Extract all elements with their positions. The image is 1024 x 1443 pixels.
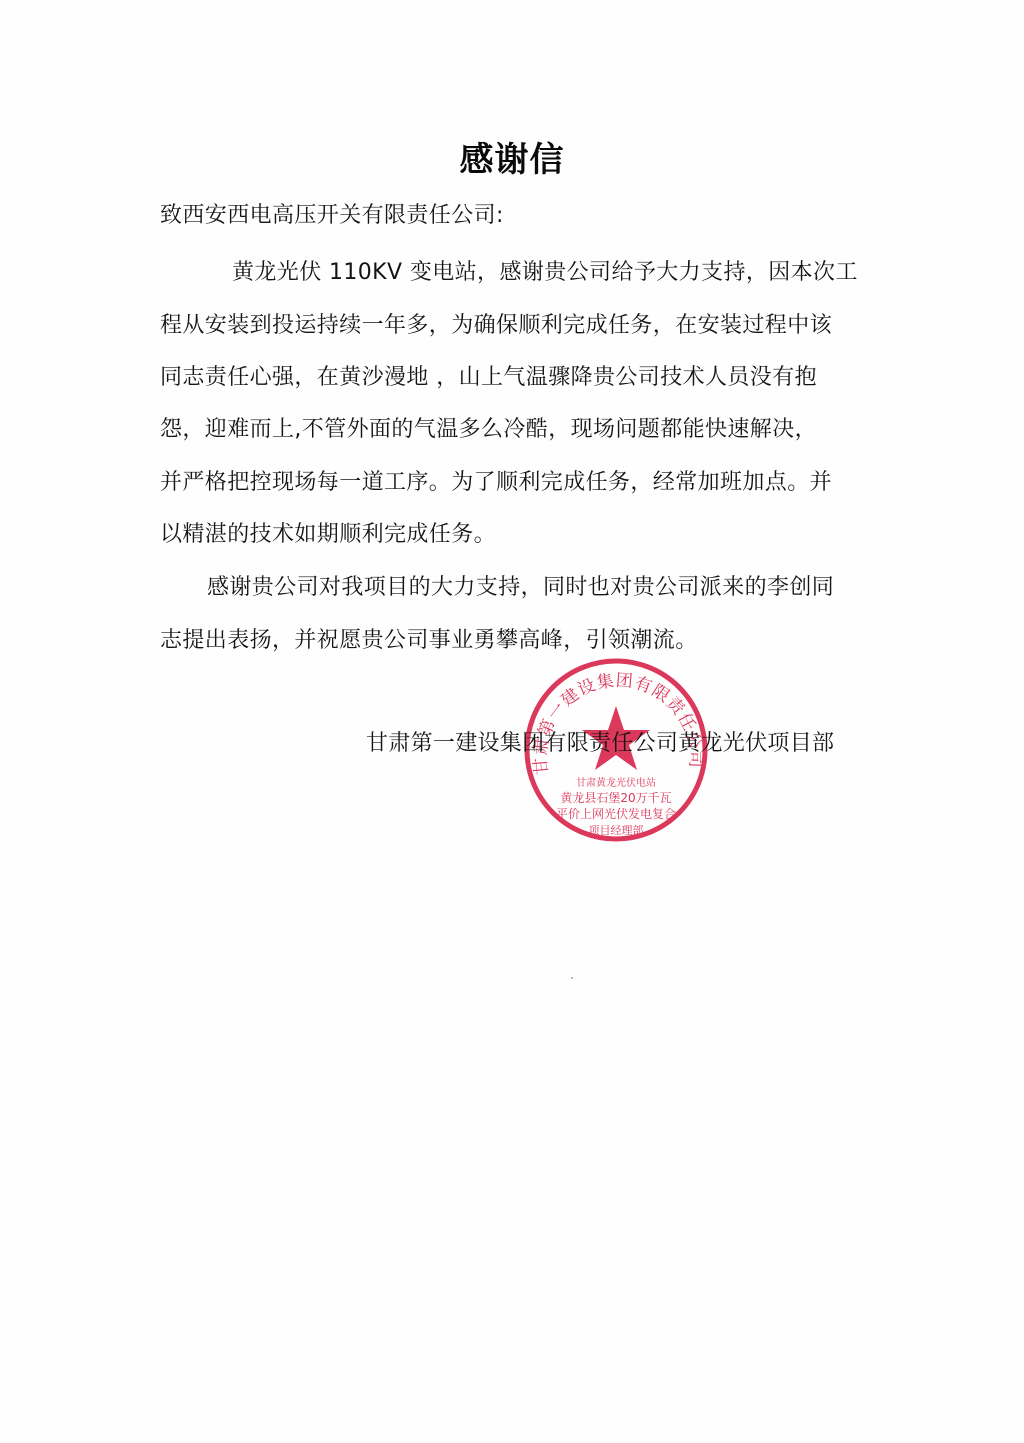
seal-inner-line: 甘肃黄龙光伏电站 — [576, 776, 656, 789]
seal-inner-line: 项目经理部 — [589, 824, 644, 837]
paragraph2-line: 感谢贵公司对我项目的大力支持，同时也对贵公司派来的李创同 — [207, 570, 927, 601]
paragraph1-line: 黄龙光伏 110KV 变电站，感谢贵公司给予大力支持，因本次工 — [232, 255, 952, 286]
scan-speck — [571, 977, 573, 979]
paragraph1-line: 怨，迎难而上,不管外面的气温多么冷酷，现场问题都能快速解决， — [160, 412, 880, 443]
seal-inner-line: 黄龙县石堡20万千瓦 — [560, 790, 671, 805]
paragraph1-line: 并严格把控现场每一道工序。为了顺利完成任务，经常加班加点。并 — [160, 465, 880, 496]
salutation: 致西安西电高压开关有限责任公司: — [160, 198, 880, 229]
letter-title: 感谢信 — [0, 132, 1024, 181]
letter-page: 感谢信 致西安西电高压开关有限责任公司: 黄龙光伏 110KV 变电站，感谢贵公… — [0, 0, 1024, 1443]
paragraph1-line: 同志责任心强，在黄沙漫地 ，山上气温骤降贵公司技术人员没有抱 — [160, 360, 880, 391]
paragraph1-line: 程从安装到投运持续一年多，为确保顺利完成任务，在安装过程中该 — [160, 308, 880, 339]
paragraph1-line: 以精湛的技术如期顺利完成任务。 — [160, 517, 880, 548]
svg-text:甘肃第一建设集团有限责任公司黄龙光伏: 甘肃第一建设集团有限责任公司黄龙光伏 — [520, 654, 705, 776]
seal-outer-text: 甘肃第一建设集团有限责任公司黄龙光伏 — [520, 654, 705, 776]
seal-inner-line: 平价上网光伏发电复合 — [556, 806, 676, 821]
paragraph2-line: 志提出表扬，并祝愿贵公司事业勇攀高峰，引领潮流。 — [160, 623, 880, 654]
signature-line: 甘肃第一建设集团有限责任公司黄龙光伏项目部 — [366, 726, 834, 757]
